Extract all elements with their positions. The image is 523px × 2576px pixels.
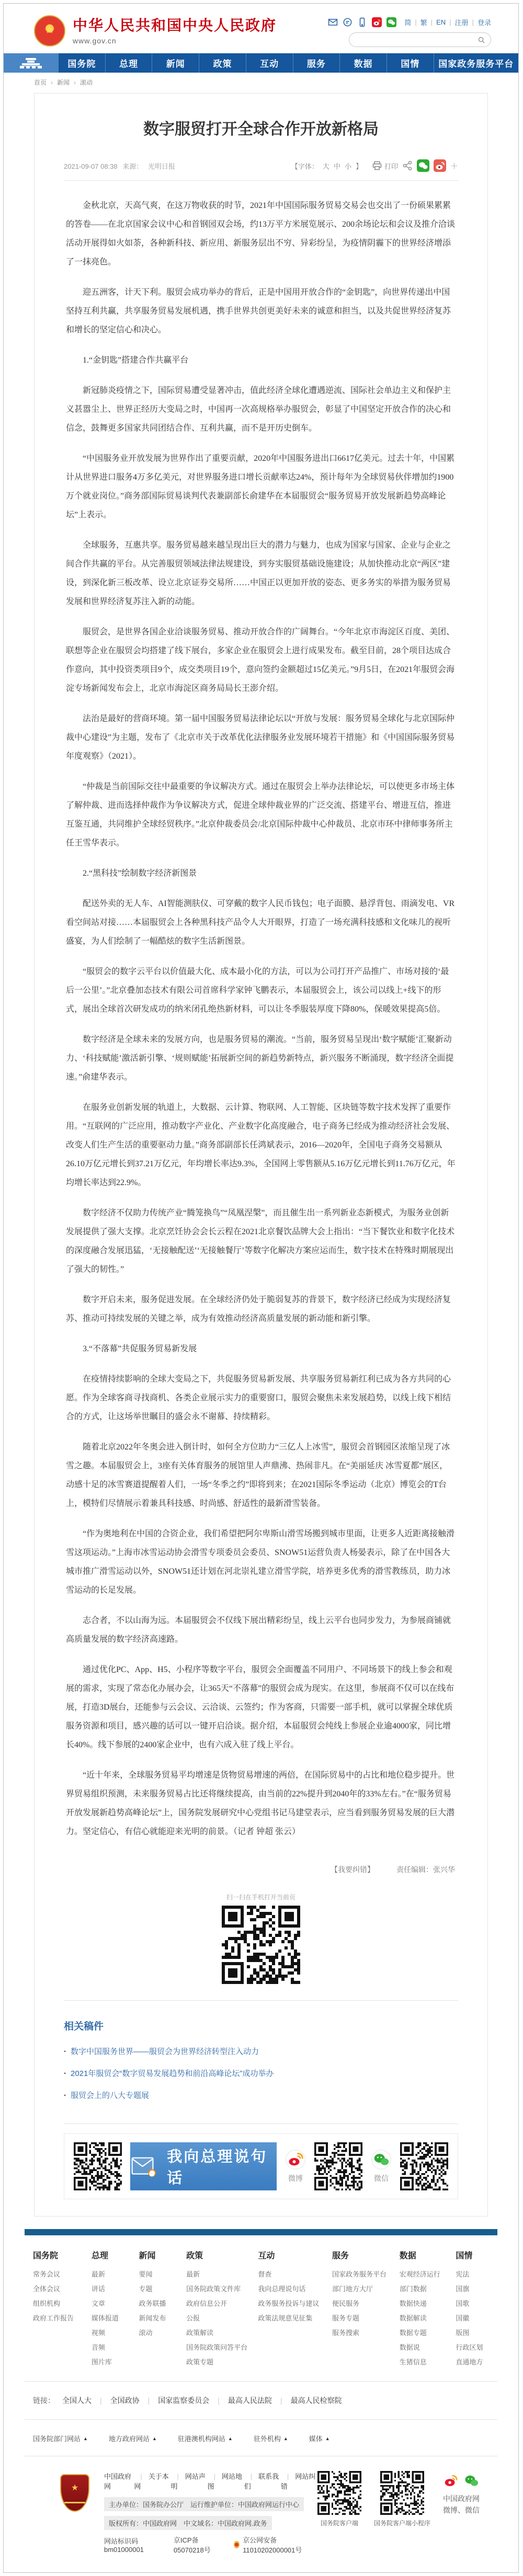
page: 中华人民共和国中央人民政府 www.gov.cn	[3, 3, 519, 2573]
footer-link[interactable]: 最新	[92, 2267, 134, 2282]
friendly-link: 国家监察委员会	[140, 2395, 210, 2406]
article-container: 数字服贸打开全球合作开放新格局 2021-09-07 08:38 来源： 光明日…	[34, 93, 488, 2217]
nav-item[interactable]: 国家政务服务平台	[434, 53, 518, 73]
footer-link[interactable]: 公报	[186, 2311, 253, 2326]
print-button[interactable]: 打印	[372, 160, 398, 171]
footer-bottom-link[interactable]: 网站声明	[171, 2473, 206, 2490]
copyright-line: 版权所有：中国政府网 中文域名：中国政府网.政务	[104, 2516, 272, 2530]
article-paragraph: 数字开启未来，服务促进发展。在全球经济仍处于脆弱复苏的背景下，数字经济已经成为实…	[66, 1291, 456, 1328]
footer-link[interactable]: 部门数据	[400, 2282, 451, 2296]
site-title: 中华人民共和国中央人民政府	[73, 17, 277, 34]
footer-link[interactable]: 国旗	[456, 2282, 489, 2296]
chevron-up-icon: ▲	[283, 2436, 288, 2441]
article-body: 金秋北京，天高气爽，在这万物收获的时节，2021年中国国际服务贸易交易会也交出了…	[64, 181, 458, 1841]
tiananmen-icon[interactable]	[4, 53, 58, 73]
wechat-share-icon[interactable]	[417, 159, 429, 172]
article-paragraph: 数字经济是全球未来的发展方向，也是服务贸易的潮流。“当前，服务贸易呈现出‘数字赋…	[66, 1030, 456, 1087]
search-icon[interactable]	[477, 36, 485, 44]
weibo-follow[interactable]: 微博	[285, 2149, 306, 2184]
footer-link[interactable]: 国徽	[456, 2311, 489, 2326]
article-paragraph: “近十年来，全球服务贸易平均增速是货物贸易增速的两倍，在国际贸易中的占比和地位稳…	[66, 1766, 456, 1841]
article-meta-row: 2021-09-07 08:38 来源： 光明日报 【字体： 大中小 】 打印	[64, 159, 458, 181]
footer-link[interactable]: 组织机构	[33, 2296, 86, 2311]
footer-link[interactable]: 服务专题	[332, 2311, 394, 2326]
article-paragraph: 志合者，不以山海为远。本届服贸会不仅线下展出精彩纷呈，线上云平台也同步发力，为参…	[66, 1611, 456, 1649]
footer-link[interactable]: 媒体报道	[92, 2311, 134, 2326]
breadcrumb-item[interactable]: 首页	[34, 78, 47, 87]
gov-client-qr: 国务院客户端	[317, 2471, 361, 2527]
related-link-item: 服贸会上的八大专题展	[64, 2085, 458, 2107]
related-link-item: 数字中国服务世界——服贸会为世界经济转型注入动力	[64, 2041, 458, 2063]
chevron-up-icon: ▲	[325, 2436, 330, 2441]
message-to-premier-banner[interactable]: @ 我向总理说句话	[130, 2142, 277, 2190]
divider	[25, 2419, 497, 2420]
footer-link[interactable]: 讲话	[92, 2282, 134, 2296]
footer-col-shuju: 数据 宏观经济运行部门数据数据快递数据解读数据专题数据说生猪信息	[400, 2249, 456, 2370]
footer-bottom-link-item: 网站地图	[208, 2471, 244, 2491]
lang-link[interactable]: EN	[436, 18, 446, 26]
article-paragraph: 金秋北京，天高气爽，在这万物收获的时节，2021年中国国际服务贸易交易会也交出了…	[66, 196, 456, 272]
footer-col-xinwen: 新闻 要闻专题政务联播新闻发布滚动	[139, 2249, 186, 2370]
friendly-link: 最高人民法院	[209, 2395, 272, 2406]
related-link[interactable]: 2021年服贸会“数字贸易发展趋势和前沿高峰论坛”成功举办	[71, 2069, 274, 2078]
article-title: 数字服贸打开全球合作开放新格局	[85, 119, 437, 141]
site-group-dropdown[interactable]: 媒体▲	[309, 2433, 330, 2443]
editor-credit: 责任编辑：张兴华	[396, 1864, 455, 1875]
breadcrumb-item[interactable]: 新闻	[47, 78, 70, 87]
lang-link[interactable]: 注册	[455, 17, 469, 27]
footer-link[interactable]: 数据专题	[400, 2326, 451, 2340]
related-link[interactable]: 服贸会上的八大专题展	[71, 2091, 149, 2100]
lang-link[interactable]: 简	[404, 17, 411, 27]
nav-item[interactable]: 互动	[246, 53, 293, 73]
icp-number[interactable]: 京ICP备05070218号	[174, 2535, 223, 2555]
footer-bottom-link-item: 中国政府网	[104, 2471, 134, 2491]
footer-bottom-link[interactable]: 网站地图	[208, 2473, 242, 2490]
government-site-badge-icon	[60, 2474, 89, 2512]
mail-icon[interactable]	[328, 17, 338, 27]
footer-bottom-link-item: 关于本网	[134, 2471, 170, 2491]
footer-link[interactable]: 国歌	[456, 2296, 489, 2311]
font-size-label: 【字体：	[291, 161, 319, 171]
article-paragraph: 数字经济不仅助力传统产业“腾笼换鸟”“凤凰涅槃”，而且催生出一系列新业态新模式，…	[66, 1204, 456, 1279]
divider	[25, 2381, 497, 2382]
friendly-links-row: 链接： 全国人大全国政协国家监察委员会最高人民法院最高人民检察院	[4, 2385, 518, 2416]
nav-item[interactable]: 国情	[386, 53, 434, 73]
footer-link[interactable]: 督查	[258, 2267, 327, 2282]
footer-link[interactable]: 数据解读	[400, 2311, 451, 2326]
qr-caption: 扫一扫在手机打开当前页	[64, 1893, 458, 1901]
footer-link[interactable]: 直通地方	[456, 2355, 489, 2370]
font-size-option[interactable]: 小	[345, 161, 351, 171]
site-header: 中华人民共和国中央人民政府 www.gov.cn	[4, 4, 518, 53]
article-source: 光明日报	[148, 163, 175, 170]
footer-link[interactable]: 国家政务服务平台	[332, 2267, 394, 2282]
footer-bottom-link[interactable]: 联系我们	[244, 2473, 279, 2490]
footer-link[interactable]: 音频	[92, 2340, 134, 2355]
footer-bottom: 中国政府网关于本网网站声明网站地图联系我们网站纠错 主办单位：国务院办公厅 运行…	[25, 2456, 497, 2570]
footer-link[interactable]: 宏观经济运行	[400, 2267, 451, 2282]
site-group-dropdown[interactable]: 国务院部门网站▲	[33, 2433, 88, 2443]
chevron-up-icon: ▲	[83, 2436, 88, 2441]
article-paragraph: 随着北京2022年冬奥会进入倒计时，如何全方位助力“三亿人上冰雪”，服贸会首钢园…	[66, 1438, 456, 1513]
nav-item[interactable]: 国务院	[58, 53, 105, 73]
footer-col-guowuyuan: 国务院 常务会议全体会议组织机构政府工作报告	[33, 2249, 92, 2370]
wechat-icon[interactable]	[464, 2473, 480, 2489]
font-size-option[interactable]: 中	[334, 161, 340, 171]
site-code: 网站标识码bm01000001	[104, 2536, 163, 2554]
article-paragraph: 在疫情持续影响的全球大变局之下，共促服务贸易新发展、共享服务贸易新红利已成为各方…	[66, 1370, 456, 1426]
public-security-badge-icon	[234, 2541, 240, 2548]
footer-bottom-link[interactable]: 关于本网	[134, 2473, 168, 2490]
article-paragraph: 迎五洲客，计天下利。服贸会成功举办的背后，正是中国用开放合作的“金钥匙”，向世界…	[66, 283, 456, 340]
footer-link[interactable]: 便民服务	[332, 2296, 394, 2311]
gov-app-qr-code	[74, 2142, 122, 2190]
weibo-icon[interactable]	[443, 2473, 459, 2489]
article-paragraph: “仲裁是当前国际交往中最重要的争议解决方式。通过在服贸会上举办法律论坛，可以使更…	[66, 778, 456, 853]
weibo-qr-code	[314, 2142, 362, 2190]
footer-bottom-link[interactable]: 网站纠错	[281, 2473, 315, 2490]
article-paragraph: 通过优化PC、App、H5、小程序等数字平台，服贸会全面覆盖不同用户、不同场景下…	[66, 1661, 456, 1755]
weibo-share-icon[interactable]	[434, 159, 446, 172]
footer-social-label: 中国政府网 微博、微信	[443, 2493, 480, 2516]
footer-nav: 国务院 常务会议全体会议组织机构政府工作报告 总理 最新讲话文章媒体报道视频音频…	[4, 2235, 518, 2378]
footer-link[interactable]: 部门地方大厅	[332, 2282, 394, 2296]
footer-link[interactable]: 常务会议	[33, 2267, 86, 2282]
organizer-line: 主办单位：国务院办公厅 运行维护单位：中国政府网运行中心	[104, 2497, 304, 2511]
site-logo[interactable]: 中华人民共和国中央人民政府 www.gov.cn	[34, 15, 277, 47]
nav-item[interactable]: 新闻	[152, 53, 199, 73]
footer-col-hudong: 互动 督查我向总理说句话政务服务投诉与建议政策法规意见征集	[258, 2249, 332, 2370]
wechat-icon[interactable]	[386, 17, 396, 27]
site-group-dropdown[interactable]: 驻港澳机构网站▲	[178, 2433, 233, 2443]
site-url[interactable]: www.gov.cn	[73, 37, 277, 45]
main-nav: 国务院总理新闻政策互动服务数据国情国家政务服务平台	[4, 53, 518, 73]
chevron-up-icon: ▲	[152, 2436, 157, 2441]
breadcrumb-item[interactable]: 滚动	[70, 78, 93, 87]
wechat-qr-code	[400, 2142, 448, 2190]
footer-link[interactable]: 行政区划	[456, 2340, 489, 2355]
footer-bottom-link-item: 联系我们	[244, 2471, 281, 2491]
lang-link[interactable]: 登录	[477, 17, 491, 27]
lang-link[interactable]: 繁	[420, 17, 427, 27]
nav-item[interactable]: 数据	[339, 53, 386, 73]
footer-link[interactable]: 数据快递	[400, 2296, 451, 2311]
share-icon[interactable]	[402, 160, 413, 171]
friendly-link: 全国政协	[92, 2395, 140, 2406]
footer-link[interactable]: 国务院政策问答平台	[186, 2340, 253, 2355]
wechat-follow[interactable]: 微信	[371, 2149, 392, 2184]
footer-link[interactable]: 国务院政策文件库	[186, 2282, 253, 2296]
footer-link[interactable]: 最新	[186, 2267, 253, 2282]
correction-link[interactable]: 【我要纠错】	[331, 1864, 374, 1875]
editor-name: 张兴华	[433, 1865, 455, 1874]
article-paragraph: 2.“黑科技”绘制数字经济新图景	[66, 864, 456, 883]
footer-bottom-link-item: 网站声明	[171, 2471, 208, 2491]
footer-link[interactable]: 版图	[456, 2326, 489, 2340]
footer-col-zhengce: 政策 最新国务院政策文件库政府信息公开公报政策解读国务院政策问答平台政策专题	[186, 2249, 258, 2370]
svg-text:@: @	[150, 2171, 155, 2176]
chevron-up-icon: ▲	[228, 2436, 233, 2441]
footer-bottom-link-item: 网站纠错	[281, 2471, 317, 2491]
article-paragraph: “服贸会的数字云平台以价值最大化、成本最小化的方法，可以为公司打开产品推广、市场…	[66, 962, 456, 1019]
gov-miniprogram-qr: 国务院客户端小程序	[374, 2471, 430, 2527]
footer-link[interactable]: 政府工作报告	[33, 2311, 86, 2326]
weibo-icon	[285, 2149, 306, 2170]
article-date: 2021-09-07 08:38	[64, 163, 118, 170]
article-paragraph: “作为奥地利在中国的合资企业，我们希望把阿尔卑斯山滑雪场搬到城市里面，让更多人近…	[66, 1525, 456, 1600]
weibo-icon[interactable]	[372, 17, 382, 27]
related-articles: 相关稿件 数字中国服务世界——服贸会为世界经济转型注入动力2021年服贸会“数字…	[64, 2010, 458, 2114]
breadcrumb: 首页新闻滚动	[4, 73, 518, 91]
footer-link[interactable]: 政策法规意见征集	[258, 2311, 327, 2326]
footer-col-zongli: 总理 最新讲话文章媒体报道视频音频图片库	[92, 2249, 139, 2370]
mobile-icon[interactable]	[357, 17, 367, 27]
site-group-dropdown[interactable]: 地方政府网站▲	[109, 2433, 157, 2443]
footer-link[interactable]: 政策专题	[186, 2355, 253, 2370]
promo-banner-box: @ 我向总理说句话 微博 微信	[64, 2133, 458, 2199]
footer-link[interactable]: 服务搜索	[332, 2326, 394, 2340]
footer-link[interactable]: 宪法	[456, 2267, 489, 2282]
nav-item[interactable]: 政策	[199, 53, 246, 73]
site-footer: 国务院 常务会议全体会议组织机构政府工作报告 总理 最新讲话文章媒体报道视频音频…	[4, 2229, 518, 2570]
gov-client-qr-code	[317, 2471, 361, 2515]
more-share-icon[interactable]: ＋	[450, 160, 458, 171]
footer-col-fuwu: 服务 国家政务服务平台部门地方大厅便民服务服务专题服务搜索	[332, 2249, 400, 2370]
gov-miniprogram-qr-code	[380, 2471, 424, 2515]
wechat-icon	[371, 2149, 392, 2170]
divider	[64, 2124, 458, 2124]
article-paragraph: 1.“金钥匙”搭建合作共赢平台	[66, 351, 456, 370]
footer-link[interactable]: 全体会议	[33, 2282, 86, 2296]
weibo-label: 微博	[288, 2173, 303, 2184]
banner-slogan: 我向总理说句话	[167, 2145, 277, 2188]
footer-social: 中国政府网 微博、微信	[443, 2473, 480, 2516]
footer-link[interactable]: 数据说	[400, 2340, 451, 2355]
footer-bottom-link[interactable]: 中国政府网	[104, 2473, 131, 2490]
footer-link[interactable]: 我向总理说句话	[258, 2282, 327, 2296]
gongan-number[interactable]: 京公网安备11010202000001号	[243, 2535, 317, 2555]
search-input[interactable]	[355, 34, 477, 45]
footer-col-guoqing: 国情 宪法国旗国歌国徽版图行政区划直通地方	[456, 2249, 489, 2370]
article-paragraph: 3.“不落幕”共促服务贸易新发展	[66, 1340, 456, 1359]
editor-row: 【我要纠错】 责任编辑：张兴华	[67, 1864, 455, 1875]
article-paragraph: 新冠肺炎疫情之下，国际贸易遭受显著冲击，值此经济全球化遭遇逆流、国际社会单边主义…	[66, 381, 456, 438]
article-paragraph: 在服务业创新发展的轨道上，大数据、云计算、物联网、人工智能、区块链等数字技术发挥…	[66, 1098, 456, 1192]
divider	[64, 2000, 458, 2001]
related-title: 相关稿件	[64, 2018, 458, 2033]
footer-link[interactable]: 视频	[92, 2326, 134, 2340]
footer-link[interactable]: 新闻发布	[139, 2311, 181, 2326]
page-qr-block: 扫一扫在手机打开当前页	[64, 1893, 458, 1987]
footer-link[interactable]: 图片库	[92, 2355, 134, 2370]
footer-link[interactable]: 政务服务投诉与建议	[258, 2296, 327, 2311]
article-paragraph: 配送外卖的无人车、AI智能测肤仪、可穿戴的数字人民币钱包；电子面膜、悬浮背包、雨…	[66, 895, 456, 951]
article-paragraph: 法治是最好的营商环境。第一届中国服务贸易法律论坛以“开放与发展：服务贸易全球化与…	[66, 710, 456, 766]
national-emblem-icon	[34, 15, 65, 47]
footer-link[interactable]: 政府信息公开	[186, 2296, 253, 2311]
site-group-dropdown[interactable]: 驻外机构▲	[254, 2433, 288, 2443]
footer-link[interactable]: 专题	[139, 2282, 181, 2296]
nav-item[interactable]: 服务	[293, 53, 340, 73]
friendly-link: 最高人民检察院	[272, 2395, 342, 2406]
article-paragraph: 全球服务，互惠共享。服务贸易越来越呈现出巨大的潜力与魅力，也成为国家与国家、企业…	[66, 536, 456, 611]
article-paragraph: “中国服务业开放发展为世界作出了重要贡献，2020年中国服务进出口6617亿美元…	[66, 449, 456, 525]
language-links: 简繁EN注册登录	[404, 17, 491, 27]
footer-link[interactable]: 政策解读	[186, 2326, 253, 2340]
article-paragraph: 服贸会，是世界各国企业洽谈服务贸易、推动开放合作的广阔舞台。“今年北京市海淀区百…	[66, 623, 456, 698]
search-box[interactable]	[349, 32, 491, 47]
nav-item[interactable]: 总理	[105, 53, 152, 73]
font-size-controls: 大中小	[323, 161, 351, 171]
friendly-link: 全国人大	[62, 2395, 92, 2406]
footer-link[interactable]: 生猪信息	[400, 2355, 451, 2370]
footer-link[interactable]: 滚动	[139, 2326, 181, 2340]
related-link[interactable]: 数字中国服务世界——服贸会为世界经济转型注入动力	[71, 2047, 259, 2056]
footer-link[interactable]: 要闻	[139, 2267, 181, 2282]
related-link-item: 2021年服贸会“数字贸易发展趋势和前沿高峰论坛”成功举办	[64, 2063, 458, 2085]
envelope-icon: @	[130, 2154, 158, 2178]
wechat-label: 微信	[374, 2173, 389, 2184]
registration-line: 网站标识码bm01000001 京ICP备05070218号 京公网安备1101…	[104, 2535, 317, 2555]
page-qr-code	[222, 1906, 300, 1984]
footer-link[interactable]: 政务联播	[139, 2296, 181, 2311]
source-label: 来源：	[122, 163, 143, 170]
links-label: 链接：	[33, 2395, 55, 2406]
footer-link[interactable]: 文章	[92, 2296, 134, 2311]
printer-icon	[372, 160, 382, 171]
font-size-option[interactable]: 大	[323, 161, 329, 171]
site-group-dropdowns: 国务院部门网站▲地方政府网站▲驻港澳机构网站▲驻外机构▲媒体▲	[4, 2423, 518, 2456]
message-icon[interactable]	[343, 17, 353, 27]
footer-accent-bar	[25, 2229, 497, 2235]
